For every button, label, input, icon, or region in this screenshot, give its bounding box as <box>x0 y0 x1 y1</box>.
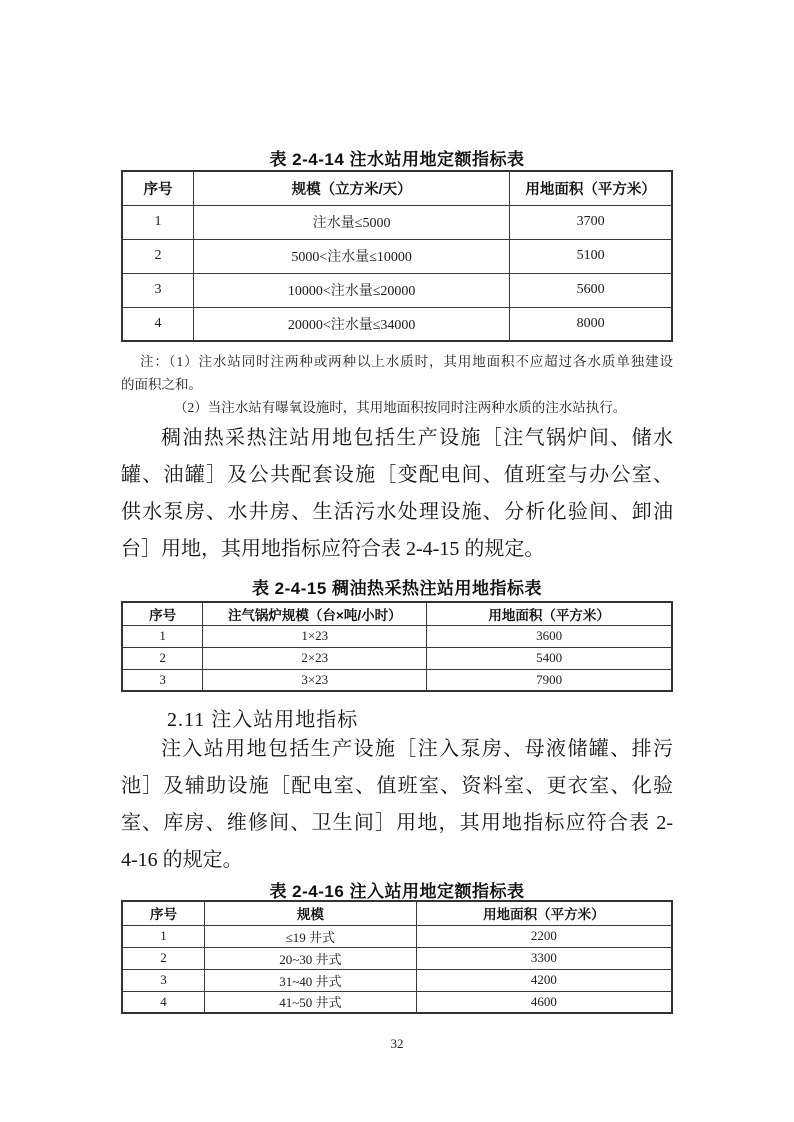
table-2-4-15-caption: 表 2-4-15 稠油热采热注站用地指标表 <box>121 574 673 599</box>
body-paragraph-injection-station: 注入站用地包括生产设施［注入泵房、母液储罐、排污 池］及辅助设施［配电室、值班室… <box>121 731 673 879</box>
paragraph-line: 注入站用地包括生产设施［注入泵房、母液储罐、排污 <box>121 731 673 768</box>
table-2-4-16-caption: 表 2-4-16 注入站用地定额指标表 <box>121 877 673 902</box>
table-cell: 注水量≤5000 <box>194 205 510 239</box>
document-page: 表 2-4-14 注水站用地定额指标表 序号 规模（立方米/天） 用地面积（平方… <box>0 0 794 1122</box>
paragraph-line: 台］用地，其用地指标应符合表 2-4-15 的规定。 <box>121 531 673 568</box>
table-cell: 20~30 井式 <box>205 947 417 969</box>
note-line: （2）当注水站有曝氧设施时，其用地面积按同时注两种水质的注水站执行。 <box>174 396 673 419</box>
table-row: 3 31~40 井式 4200 <box>122 969 672 991</box>
table-cell: 5400 <box>427 647 672 669</box>
table-header-row: 序号 规模 用地面积（平方米） <box>122 901 672 925</box>
table-cell: 4 <box>122 307 194 341</box>
table-cell: 5600 <box>510 273 672 307</box>
table-cell: 3300 <box>416 947 672 969</box>
table-cell: 1 <box>122 625 203 647</box>
table-header-row: 序号 注气锅炉规模（台×吨/小时） 用地面积（平方米） <box>122 602 672 625</box>
table-cell: 5000<注水量≤10000 <box>194 239 510 273</box>
paragraph-line: 罐、油罐］及公共配套设施［变配电间、值班室与办公室、 <box>121 457 673 494</box>
table-cell: 3 <box>122 273 194 307</box>
table-row: 3 10000<注水量≤20000 5600 <box>122 273 672 307</box>
table-cell: 3 <box>122 969 205 991</box>
section-heading-text: 2.11 注入站用地指标 <box>167 703 673 732</box>
table-cell: 20000<注水量≤34000 <box>194 307 510 341</box>
table-2-4-15: 序号 注气锅炉规模（台×吨/小时） 用地面积（平方米） 1 1×23 3600 … <box>121 601 673 692</box>
note-line: 注：（1）注水站同时注两种或两种以上水质时，其用地面积不应超过各水质单独建设 <box>140 350 673 373</box>
table-row: 4 41~50 井式 4600 <box>122 991 672 1013</box>
table-cell: 2 <box>122 947 205 969</box>
table-cell: 7900 <box>427 669 672 691</box>
table-row: 1 ≤19 井式 2200 <box>122 925 672 947</box>
table-cell: 1×23 <box>203 625 427 647</box>
table-row: 3 3×23 7900 <box>122 669 672 691</box>
table-cell: 3600 <box>427 625 672 647</box>
table-cell: 2200 <box>416 925 672 947</box>
table-2-4-16: 序号 规模 用地面积（平方米） 1 ≤19 井式 2200 2 20~30 井式… <box>121 900 673 1014</box>
section-heading-2-11: 2.11 注入站用地指标 <box>121 703 673 732</box>
table-cell: 31~40 井式 <box>205 969 417 991</box>
table-cell: 2×23 <box>203 647 427 669</box>
table-cell: 1 <box>122 925 205 947</box>
table-2-4-14: 序号 规模（立方米/天） 用地面积（平方米） 1 注水量≤5000 3700 2… <box>121 170 673 342</box>
table-cell: 5100 <box>510 239 672 273</box>
table-cell: 1 <box>122 205 194 239</box>
table-cell: 10000<注水量≤20000 <box>194 273 510 307</box>
header-cell: 规模（立方米/天） <box>194 171 510 205</box>
page-number: 32 <box>0 1036 794 1052</box>
table-row: 2 2×23 5400 <box>122 647 672 669</box>
header-cell: 序号 <box>122 171 194 205</box>
table-cell: 2 <box>122 647 203 669</box>
table-cell: 3×23 <box>203 669 427 691</box>
table-header-row: 序号 规模（立方米/天） 用地面积（平方米） <box>122 171 672 205</box>
table-cell: 41~50 井式 <box>205 991 417 1013</box>
paragraph-line: 4-16 的规定。 <box>121 842 673 879</box>
table-row: 2 20~30 井式 3300 <box>122 947 672 969</box>
table-cell: 3 <box>122 669 203 691</box>
paragraph-line: 供水泵房、水井房、生活污水处理设施、分析化验间、卸油 <box>121 494 673 531</box>
paragraph-line: 池］及辅助设施［配电室、值班室、资料室、更衣室、化验 <box>121 768 673 805</box>
header-cell: 用地面积（平方米） <box>416 901 672 925</box>
table-cell: ≤19 井式 <box>205 925 417 947</box>
paragraph-line: 稠油热采热注站用地包括生产设施［注气锅炉间、储水 <box>121 420 673 457</box>
header-cell: 用地面积（平方米） <box>510 171 672 205</box>
table-cell: 4200 <box>416 969 672 991</box>
table-cell: 4 <box>122 991 205 1013</box>
header-cell: 序号 <box>122 602 203 625</box>
table-cell: 8000 <box>510 307 672 341</box>
table-2-4-14-caption: 表 2-4-14 注水站用地定额指标表 <box>121 145 673 170</box>
header-cell: 规模 <box>205 901 417 925</box>
header-cell: 用地面积（平方米） <box>427 602 672 625</box>
header-cell: 注气锅炉规模（台×吨/小时） <box>203 602 427 625</box>
table-row: 4 20000<注水量≤34000 8000 <box>122 307 672 341</box>
table-cell: 4600 <box>416 991 672 1013</box>
table-2-4-14-notes: 注：（1）注水站同时注两种或两种以上水质时，其用地面积不应超过各水质单独建设 的… <box>121 350 673 419</box>
table-cell: 3700 <box>510 205 672 239</box>
table-row: 1 1×23 3600 <box>122 625 672 647</box>
table-row: 2 5000<注水量≤10000 5100 <box>122 239 672 273</box>
note-line: 的面积之和。 <box>121 373 673 396</box>
table-cell: 2 <box>122 239 194 273</box>
table-row: 1 注水量≤5000 3700 <box>122 205 672 239</box>
body-paragraph-thermal-injection: 稠油热采热注站用地包括生产设施［注气锅炉间、储水 罐、油罐］及公共配套设施［变配… <box>121 420 673 568</box>
paragraph-line: 室、库房、维修间、卫生间］用地，其用地指标应符合表 2- <box>121 805 673 842</box>
header-cell: 序号 <box>122 901 205 925</box>
